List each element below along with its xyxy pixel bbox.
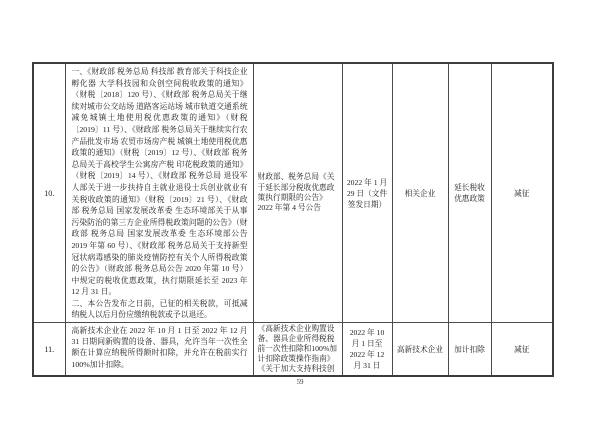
basis-document-cell: 财政部、税务总局《关于延长部分税收优惠政策执行期限的公告》2022 年第 4 号… xyxy=(253,63,342,323)
relief-method-cell: 减征 xyxy=(491,323,553,377)
table-row: 10. 一、《财政部 税务总局 科技部 教育部关于科技企业孵化器 大学科技园和众… xyxy=(33,63,553,323)
basis-document-cell: 《高新技术企业购置设备、器具企业所得税税前一次性扣除和100%加计扣除政策操作指… xyxy=(253,323,342,377)
applicable-enterprise-cell: 高新技术企业 xyxy=(392,323,448,377)
date-cell: 2022 年 10 月 1 日至 2022 年 12 月 31 日 xyxy=(342,323,392,377)
row-number-cell: 11. xyxy=(33,323,65,377)
table-row: 11. 高新技术企业在 2022 年 10 月 1 日至 2022 年 12 月… xyxy=(33,323,553,377)
applicable-enterprise-cell: 相关企业 xyxy=(392,63,448,323)
policy-type-cell: 延长税收优惠政策 xyxy=(448,63,491,323)
tax-policy-table: 10. 一、《财政部 税务总局 科技部 教育部关于科技企业孵化器 大学科技园和众… xyxy=(32,62,554,377)
relief-method-cell: 减征 xyxy=(491,63,553,323)
policy-content-cell: 高新技术企业在 2022 年 10 月 1 日至 2022 年 12 月 31 … xyxy=(65,323,253,377)
date-cell: 2022 年 1 月 29 日（文件签发日期） xyxy=(342,63,392,323)
page-number: 59 xyxy=(0,378,600,386)
policy-content-cell: 一、《财政部 税务总局 科技部 教育部关于科技企业孵化器 大学科技园和众创空间税… xyxy=(65,63,253,323)
policy-type-cell: 加计扣除 xyxy=(448,323,491,377)
document-page: 10. 一、《财政部 税务总局 科技部 教育部关于科技企业孵化器 大学科技园和众… xyxy=(0,0,600,424)
row-number-cell: 10. xyxy=(33,63,65,323)
